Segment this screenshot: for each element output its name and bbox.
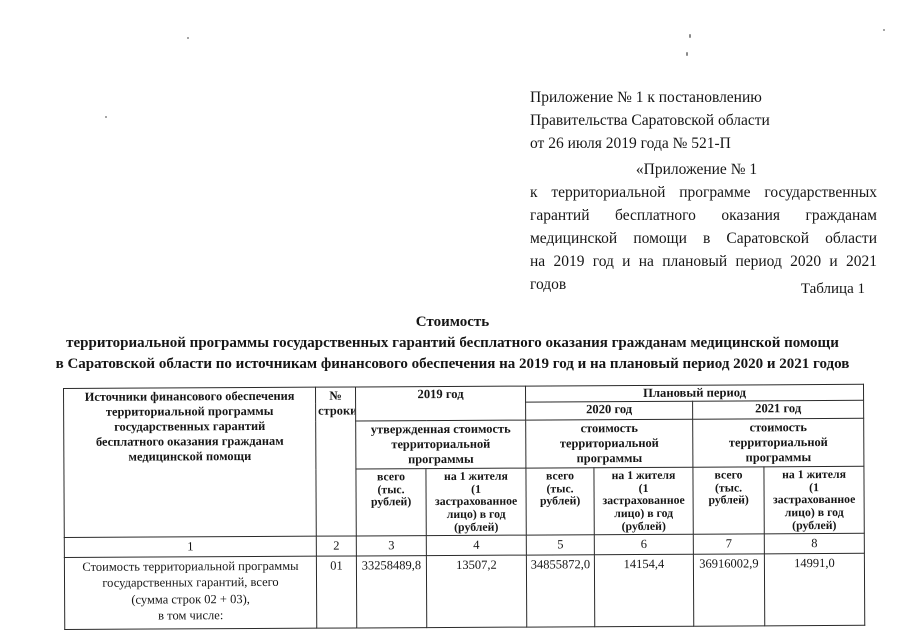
column-number: 8 — [764, 533, 864, 554]
header-year-2020: 2020 год — [526, 401, 693, 420]
document-title-line: в Саратовской области по источникам фина… — [25, 354, 880, 375]
appendix-reference-text: Приложение № 1 к постановлению Правитель… — [530, 86, 877, 155]
header-cost-2020: стоимость территориальной программы — [526, 419, 693, 468]
cost-table-container: Источники финансового обеспечения террит… — [63, 384, 865, 630]
scan-speck — [187, 37, 189, 39]
header-funding-sources: Источники финансового обеспечения террит… — [64, 387, 317, 537]
cost-table: Источники финансового обеспечения террит… — [63, 384, 865, 630]
scan-speck — [883, 29, 885, 31]
column-number: 4 — [426, 535, 526, 556]
value-2020-total: 34855872,0 — [526, 554, 594, 626]
appendix-quote-line: к территориальной программе государствен… — [530, 181, 877, 204]
header-approved-cost-2019: утвержденная стоимость территориальной п… — [356, 420, 526, 469]
scan-speck — [105, 116, 107, 118]
column-number: 1 — [64, 536, 316, 557]
document-title-line: Стоимость — [25, 312, 880, 333]
column-number: 3 — [356, 535, 426, 555]
header-cost-2021: стоимость территориальной программы — [693, 418, 864, 467]
table-number-label: Таблица 1 — [0, 281, 865, 298]
header-total-2020: всего (тыс. рублей) — [526, 468, 594, 535]
row-number-value: 01 — [316, 555, 356, 627]
header-row-number: № строки — [315, 387, 356, 536]
row-source-label: Стоимость территориальной программы госу… — [64, 556, 316, 629]
header-total-2019: всего (тыс. рублей) — [356, 469, 426, 536]
header-year-2021: 2021 год — [693, 400, 864, 419]
header-per-capita-2019: на 1 жителя (1 застрахованное лицо) в го… — [426, 468, 526, 535]
table-row: Стоимость территориальной программы госу… — [64, 553, 864, 629]
document-title-line: территориальной программы государственны… — [25, 333, 880, 354]
appendix-quote-heading: «Приложение № 1 — [530, 158, 877, 181]
value-2021-total: 36916002,9 — [693, 553, 764, 625]
column-number: 5 — [526, 534, 594, 554]
appendix-quote-line: медицинской помощи в Саратовской области — [530, 227, 877, 250]
scanned-document-page: Приложение № 1 к постановлению Правитель… — [0, 0, 905, 640]
column-number: 2 — [316, 535, 356, 555]
document-title: Стоимость территориальной программы госу… — [25, 312, 880, 375]
value-2019-total: 33258489,8 — [356, 555, 426, 627]
column-number: 7 — [693, 533, 764, 553]
appendix-reference-block: Приложение № 1 к постановлению Правитель… — [530, 86, 877, 296]
appendix-quote-line: гарантий бесплатного оказания гражданам — [530, 204, 877, 227]
header-plan-period: Плановый период — [526, 384, 864, 402]
value-2019-per-capita: 13507,2 — [426, 555, 526, 628]
column-number: 6 — [594, 534, 693, 555]
appendix-quote-body: к территориальной программе государствен… — [530, 181, 877, 296]
header-total-2021: всего (тыс. рублей) — [693, 467, 764, 534]
header-per-capita-2020: на 1 жителя (1 застрахованное лицо) в го… — [594, 467, 693, 534]
header-year-2019: 2019 год — [355, 386, 525, 421]
value-2020-per-capita: 14154,4 — [594, 554, 693, 627]
header-per-capita-2021: на 1 жителя (1 застрахованное лицо) в го… — [764, 466, 864, 533]
scan-speck — [689, 34, 691, 38]
scan-speck — [686, 52, 688, 56]
value-2021-per-capita: 14991,0 — [764, 553, 864, 626]
